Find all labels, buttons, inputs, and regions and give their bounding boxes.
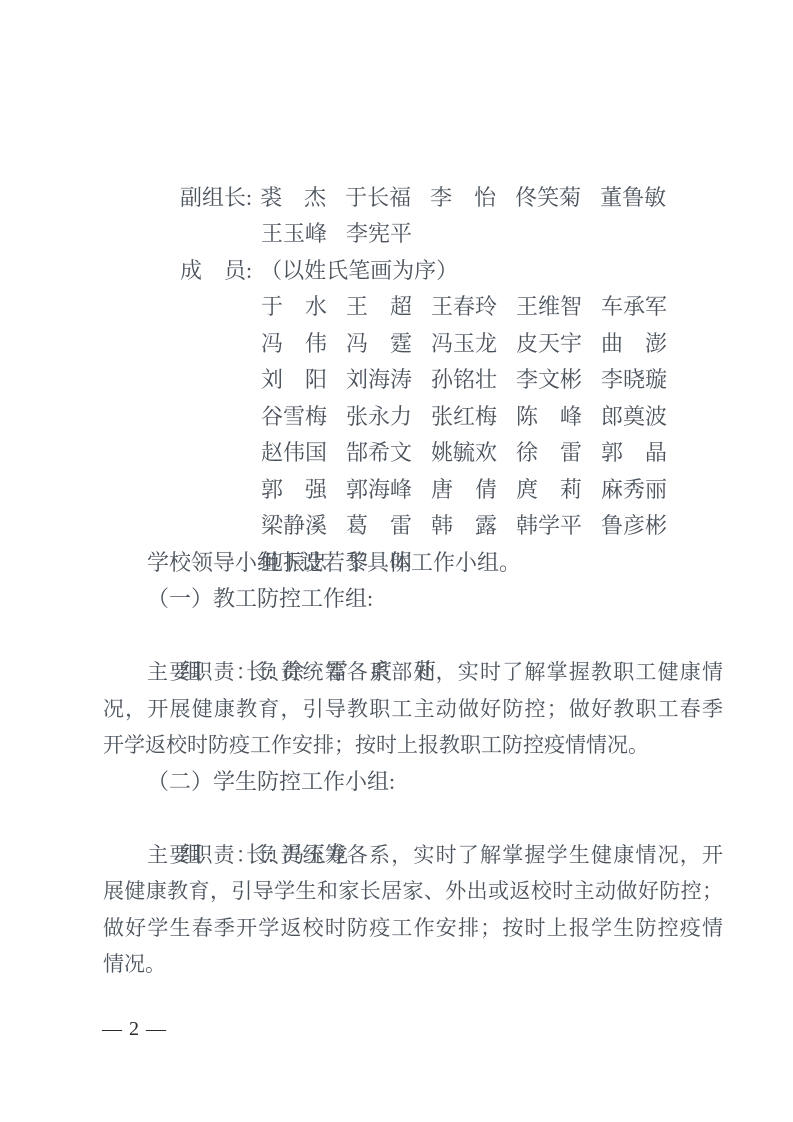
section-2-duty-line: 主要职责：负责统筹各系，实时了解掌握学生健康情况，开 <box>103 837 723 874</box>
member-name: 葛 雷 <box>346 508 412 545</box>
deputy-name: 李 怡 <box>430 180 496 217</box>
member-name: 鲁彦彬 <box>601 508 667 545</box>
section-1-heading: （一）教工防控工作组: <box>147 581 723 618</box>
member-name: 王 超 <box>346 289 412 326</box>
member-name: 唐 倩 <box>431 472 497 509</box>
section-2-duty-line: 做好学生春季开学返校时防疫工作安排；按时上报学生防控疫情 <box>103 910 723 947</box>
member-name: 韩学平 <box>516 508 582 545</box>
member-name: 郭海峰 <box>346 472 412 509</box>
member-name: 韩 露 <box>431 508 497 545</box>
member-name: 郎奠波 <box>601 399 667 436</box>
section-2-duty-line: 情况。 <box>103 946 723 983</box>
section-2-leader-line: 组 长:冯玉龙 <box>147 800 723 837</box>
member-name: 刘 阳 <box>261 362 327 399</box>
deputy-name: 董鲁敏 <box>600 180 666 217</box>
deputy-name: 于长福 <box>345 180 411 217</box>
member-name: 梁静溪 <box>261 508 327 545</box>
deputy-name: 王玉峰 <box>261 216 327 253</box>
document-page: 副组长:裘 杰于长福李 怡佟笑菊董鲁敏 王玉峰李宪平 成 员:（以姓氏笔画为序）… <box>0 0 793 1122</box>
member-name: 王维智 <box>516 289 582 326</box>
member-name: 庹 莉 <box>516 472 582 509</box>
member-name: 王春玲 <box>431 289 497 326</box>
section-2-heading: （二）学生防控工作小组: <box>147 764 723 801</box>
section-1-duty-line: 主要职责：负责统筹各系部处，实时了解掌握教职工健康情 <box>103 654 723 691</box>
member-name: 麻秀丽 <box>601 472 667 509</box>
deputy-leader-label: 副组长: <box>180 180 252 217</box>
section-1-duty-line: 况，开展健康教育，引导教职工主动做好防控；做好教职工春季 <box>103 691 723 728</box>
section-1-leader-line: 组 长:徐 雷 庹 莉 <box>147 618 723 655</box>
members-label: 成 员: <box>180 253 252 290</box>
member-name: 张永力 <box>346 399 412 436</box>
member-name: 赵伟国 <box>261 435 327 472</box>
members-sort-note: （以姓氏笔画为序） <box>260 258 458 283</box>
member-name: 徐 雷 <box>516 435 582 472</box>
member-name: 李晓璇 <box>601 362 667 399</box>
member-name: 孙铭壮 <box>431 362 497 399</box>
section-1-duty-line: 开学返校时防疫工作安排；按时上报教职工防控疫情情况。 <box>103 727 723 764</box>
intro-sentence: 学校领导小组下设若干具体工作小组。 <box>103 545 723 582</box>
member-name: 皮天宇 <box>516 326 582 363</box>
document-content: 副组长:裘 杰于长福李 怡佟笑菊董鲁敏 王玉峰李宪平 成 员:（以姓氏笔画为序）… <box>103 143 723 983</box>
member-name: 冯玉龙 <box>431 326 497 363</box>
deputy-leader-line-1: 副组长:裘 杰于长福李 怡佟笑菊董鲁敏 <box>147 143 723 180</box>
member-name: 郜希文 <box>346 435 412 472</box>
member-name: 曲 澎 <box>601 326 667 363</box>
page-number: — 2 — <box>102 1018 167 1041</box>
deputy-name: 李宪平 <box>346 216 412 253</box>
member-name: 谷雪梅 <box>261 399 327 436</box>
section-2-duty-line: 展健康教育，引导学生和家长居家、外出或返校时主动做好防控； <box>103 873 723 910</box>
member-name: 姚毓欢 <box>431 435 497 472</box>
member-name: 李文彬 <box>516 362 582 399</box>
deputy-name: 裘 杰 <box>260 180 326 217</box>
member-name: 冯 伟 <box>261 326 327 363</box>
deputy-name: 佟笑菊 <box>515 180 581 217</box>
member-name: 郭 晶 <box>601 435 667 472</box>
member-name: 于 水 <box>261 289 327 326</box>
member-name: 郭 强 <box>261 472 327 509</box>
member-name: 车承军 <box>601 289 667 326</box>
member-name: 张红梅 <box>431 399 497 436</box>
member-name: 陈 峰 <box>516 399 582 436</box>
member-name: 冯 霆 <box>346 326 412 363</box>
member-name: 刘海涛 <box>346 362 412 399</box>
